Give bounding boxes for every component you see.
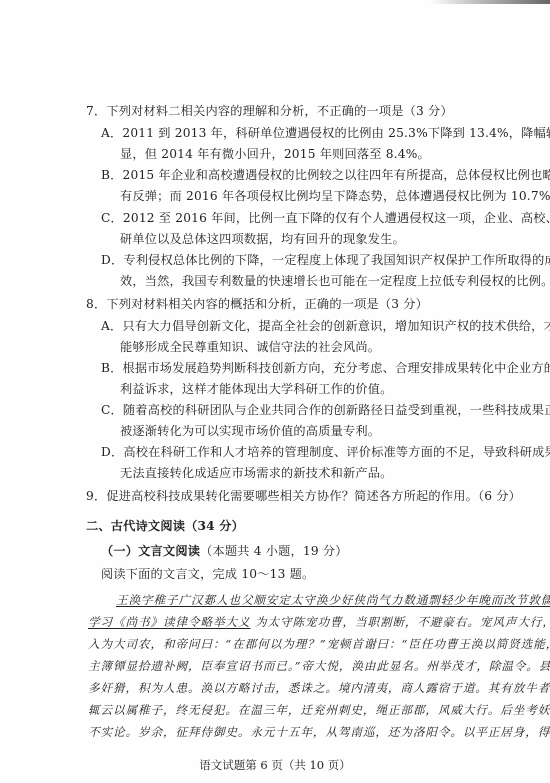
subtitle-note: （本题共 4 小题，19 分） xyxy=(200,544,348,558)
passage-line-4: 主簿镡显拾遗补阙，臣奉宣诏书而已。”帝大悦，涣由此显名。州举茂才，除温令。县 xyxy=(88,658,550,674)
scan-edge-shadow xyxy=(430,0,550,4)
underlined-sentence: 王涣字稚子广汉郪人也父顺安定太守涣少好侠尚气力数通剽轻少年晚而改节敦儒 xyxy=(116,593,550,607)
question-7-stem: 7．下列对材料二相关内容的理解和分析，不正确的一项是（3 分） xyxy=(86,103,453,119)
section-2-title: 二、古代诗文阅读（34 分） xyxy=(86,518,244,534)
q8-option-a-cont: 能够形成全民尊重知识、诚信守法的社会风尚。 xyxy=(120,339,380,355)
exam-page: 7．下列对材料二相关内容的理解和分析，不正确的一项是（3 分） A．2011 到… xyxy=(0,0,550,783)
q8-option-d-cont: 无法直接转化成适应市场需求的新技术和新产品。 xyxy=(120,465,393,481)
reading-instruction: 阅读下面的文言文，完成 10～13 题。 xyxy=(101,566,314,582)
q8-option-c-cont: 被逐渐转化为可以实现市场价值的高质量专利。 xyxy=(120,423,380,439)
passage-line-6: 辄云以属稚子，终无侵犯。在温三年，迁兖州刺史，绳正部郡，风威大行。后坐考妖言 xyxy=(88,702,550,718)
passage-line-3: 入为大司农，和帝问曰：“在郡何以为理？”宠顿首谢曰：“臣任功曹王涣以简贤选能， xyxy=(88,636,550,652)
q7-option-a: A．2011 到 2013 年，科研单位遭遇侵权的比例由 25.3%下降到 13… xyxy=(101,125,550,141)
q7-option-a-cont: 显，但 2014 年有微小回升，2015 年则回落至 8.4%。 xyxy=(120,146,430,162)
question-9-stem: 9．促进高校科技成果转化需要哪些相关方协作？简述各方所起的作用。（6 分） xyxy=(86,488,521,504)
q8-option-c: C．随着高校的科研团队与企业共同合作的创新路径日益受到重视，一些科技成果正 xyxy=(101,402,550,418)
page-footer: 语文试题第 6 页（共 10 页） xyxy=(0,757,550,773)
question-8-stem: 8．下列对材料相关内容的概括和分析，正确的一项是（3 分） xyxy=(86,296,428,312)
q8-option-b: B．根据市场发展趋势判断科技创新方向，充分考虑、合理安排成果转化中企业方的 xyxy=(101,360,550,376)
q8-option-d: D．高校在科研工作和人才培养的管理制度、评价标准等方面的不足，导致科研成果 xyxy=(101,444,550,460)
q7-option-d: D．专利侵权总体比例的下降，一定程度上体现了我国知识产权保护工作所取得的成 xyxy=(101,252,550,268)
q7-option-d-cont: 效，当然，我国专利数量的快速增长也可能在一定程度上拉低专利侵权的比例。 xyxy=(120,273,550,289)
subtitle-bold: （一）文言文阅读 xyxy=(101,544,200,558)
q7-option-c: C．2012 至 2016 年间，比例一直下降的仅有个人遭遇侵权这一项，企业、高… xyxy=(101,210,550,226)
passage-line-1: 王涣字稚子广汉郪人也父顺安定太守涣少好侠尚气力数通剽轻少年晚而改节敦儒 xyxy=(116,592,550,608)
q7-option-c-cont: 研单位以及总体这四项数据，均有回升的现象发生。 xyxy=(120,231,405,247)
q8-option-b-cont: 利益诉求，这样才能体现出大学科研工作的价值。 xyxy=(120,381,393,397)
passage-line-5: 多奸猾，积为人患。涣以方略讨击，悉诛之。境内清夷，商人露宿于道。其有放牛者， xyxy=(88,680,550,696)
passage-line-2: 学习《尚书》读律令略举大义 为太守陈宠功曹，当职割断，不避豪右。宠风声大行， xyxy=(88,614,550,630)
section-2-subtitle: （一）文言文阅读（本题共 4 小题，19 分） xyxy=(101,543,348,559)
q7-option-b: B．2015 年企业和高校遭遇侵权的比例较之以往四年有所提高，总体侵权比例也略 xyxy=(101,167,550,183)
passage-line-7: 不实论。岁余，征拜侍御史。永元十五年，从驾南巡，还为洛阳令。以平正居身，得宽 xyxy=(88,724,550,740)
q8-option-a: A．只有大力倡导创新文化，提高全社会的创新意识，增加知识产权的技术供给，才 xyxy=(101,318,550,334)
q7-option-b-cont: 有反弹；而 2016 年各项侵权比例均呈下降态势，总体遭遇侵权比例为 10.7%… xyxy=(120,188,550,204)
underlined-sentence-cont: 学习《尚书》读律令略举大义 xyxy=(88,615,250,629)
